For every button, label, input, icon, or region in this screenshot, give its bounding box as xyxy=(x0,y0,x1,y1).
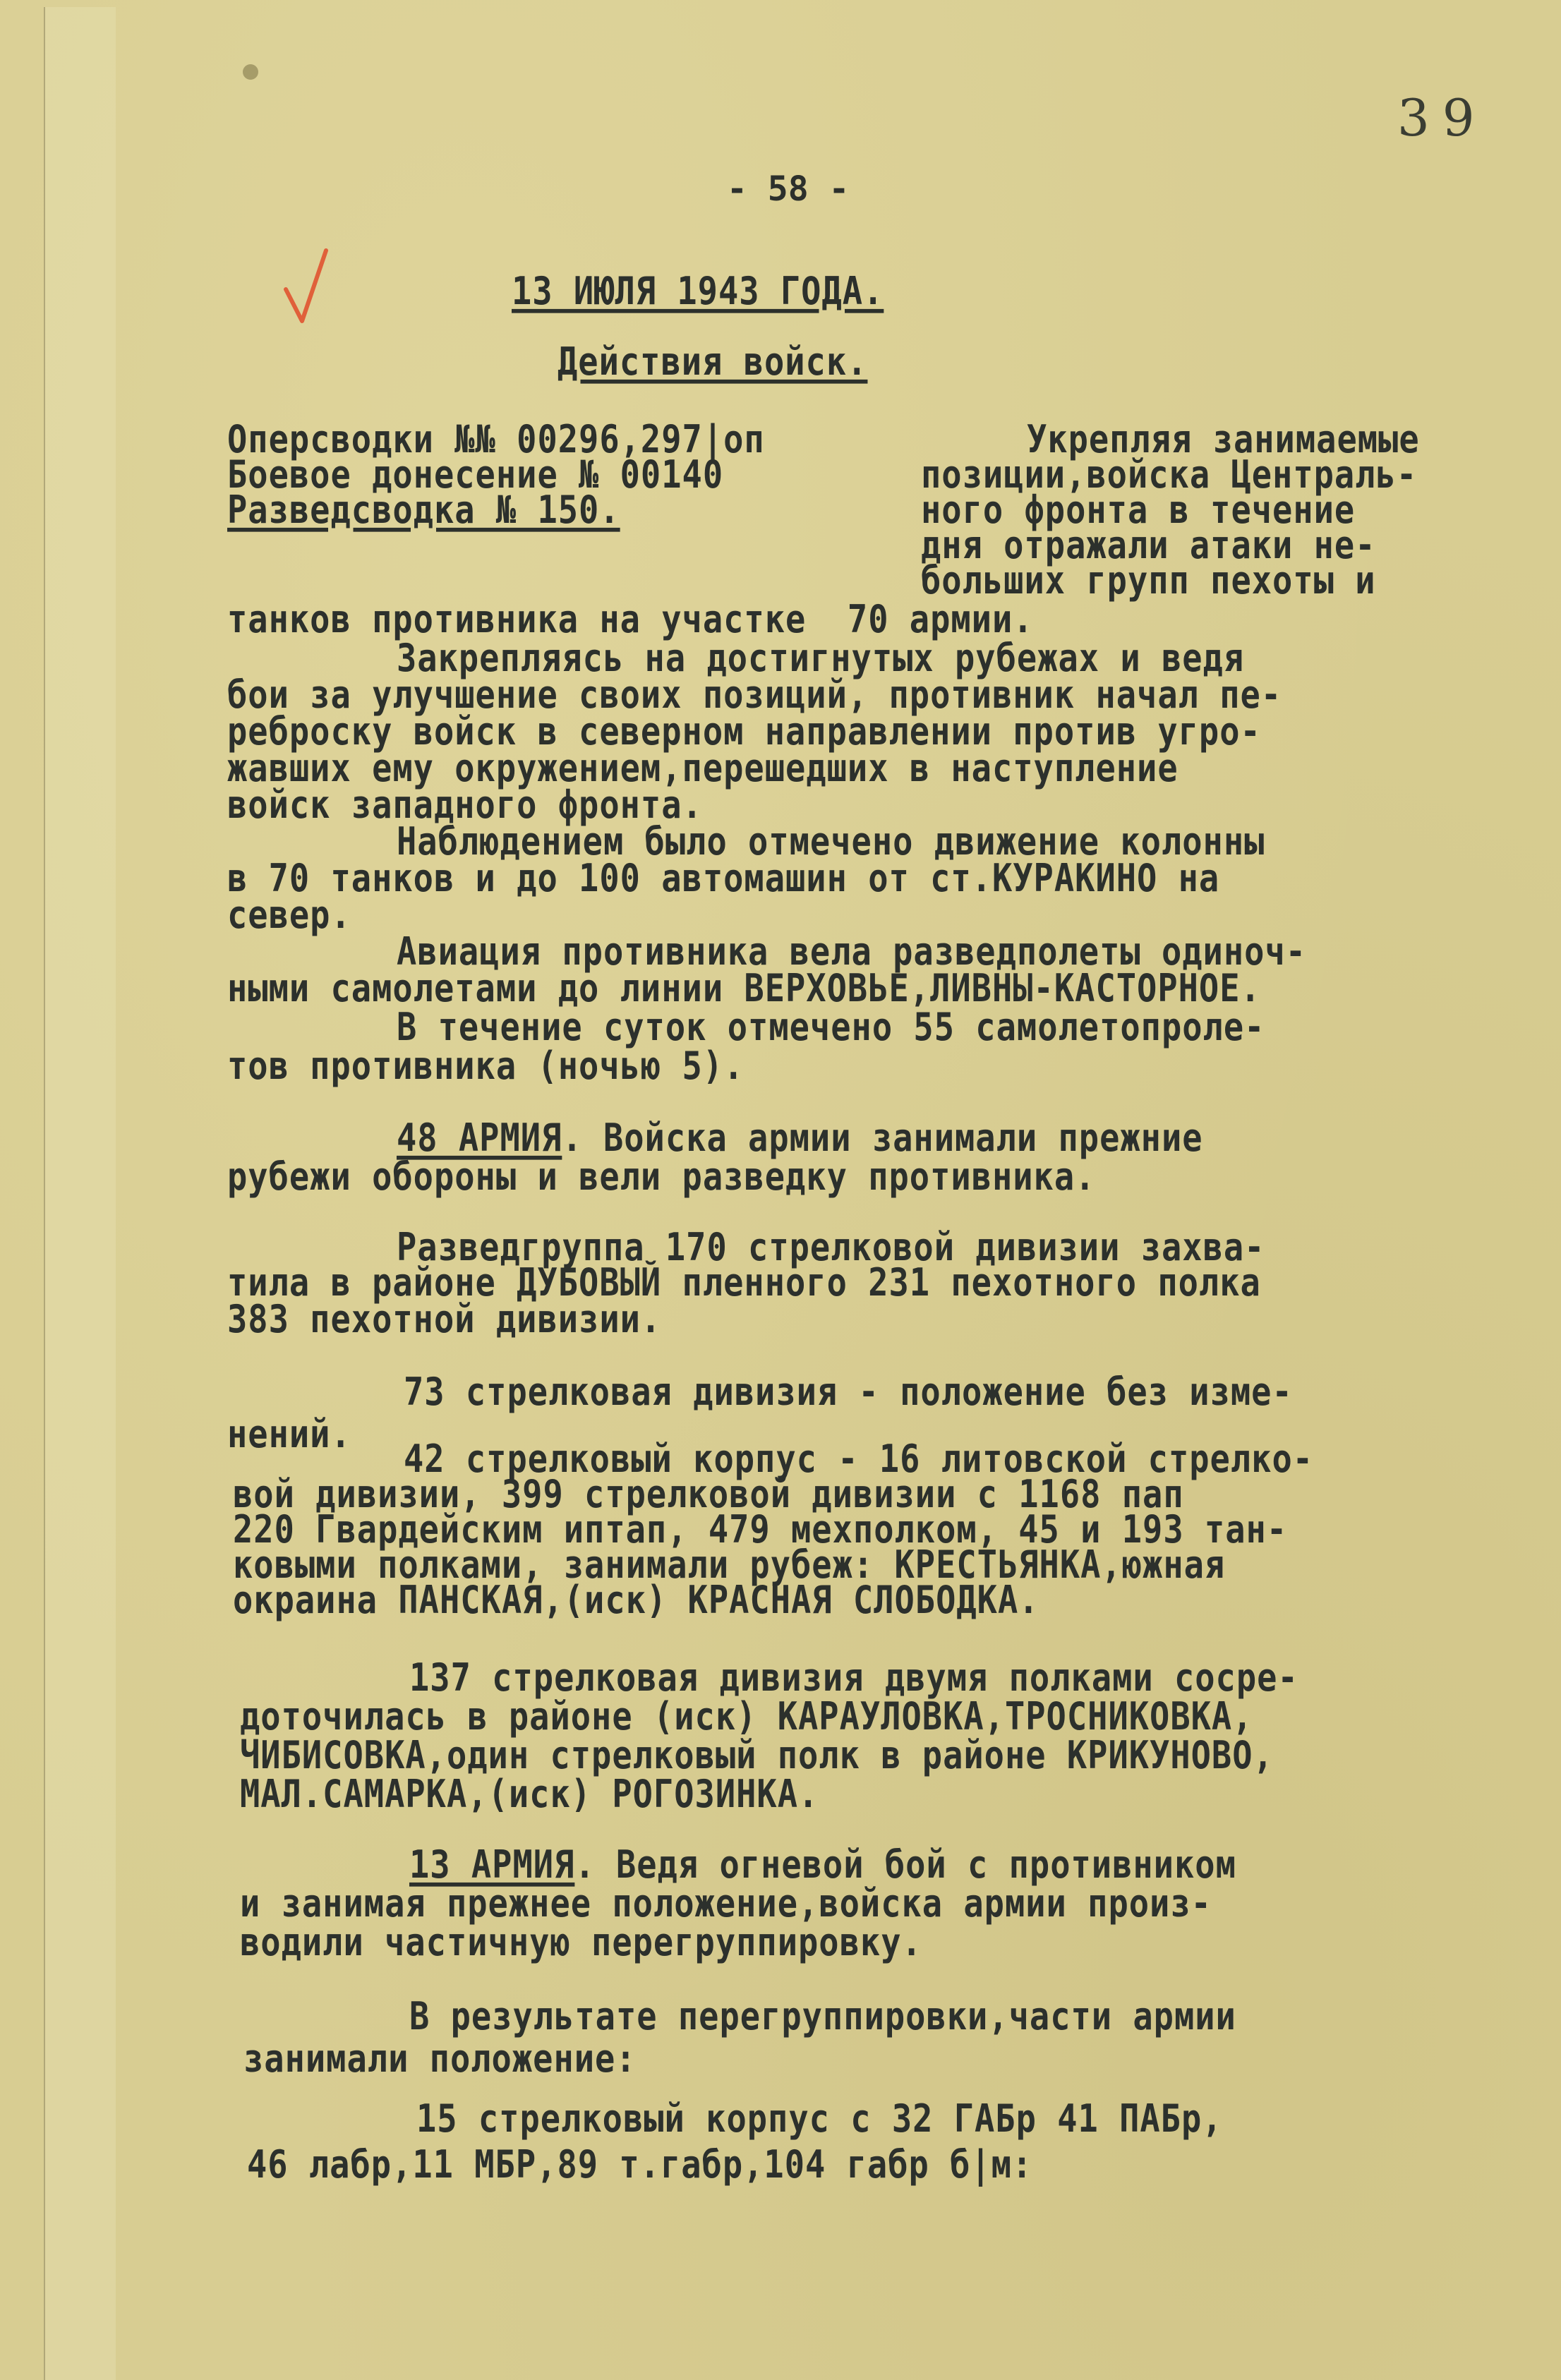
archive-page-number: 39 xyxy=(1397,88,1488,147)
section-heading: Действия войск. xyxy=(557,342,867,383)
date-heading: 13 ИЮЛЯ 1943 ГОДА. xyxy=(512,272,884,313)
army13-text: . Ведя огневой бой с противником xyxy=(574,1843,1236,1887)
paragraph-line: В течение суток отмечено 55 самолетопрол… xyxy=(397,1008,1265,1049)
paragraph-line: окраина ПАНСКАЯ,(иск) КРАСНАЯ СЛОБОДКА. xyxy=(233,1581,1039,1621)
intro-line: больших групп пехоты и xyxy=(921,561,1376,602)
paragraph-line: 15 стрелковый корпус с 32 ГАБр 41 ПАБр, xyxy=(416,2099,1223,2140)
paragraph-line: 137 стрелковая дивизия двумя полками сос… xyxy=(409,1658,1298,1699)
paragraph-line: в 70 танков и до 100 автомашин от ст.КУР… xyxy=(227,859,1219,900)
paragraph-line: В результате перегруппировки,части армии xyxy=(409,1997,1236,2038)
army48-label: 48 АРМИЯ xyxy=(397,1116,562,1161)
red-check-mark-icon xyxy=(282,247,332,325)
intro-continuation: танков противника на участке 70 армии. xyxy=(227,600,1034,641)
paragraph-line: тов противника (ночью 5). xyxy=(227,1046,744,1087)
army13-paragraph-first-line: 13 АРМИЯ. Ведя огневой бой с противником xyxy=(409,1845,1236,1886)
paragraph-line: МАЛ.САМАРКА,(иск) РОГОЗИНКА. xyxy=(240,1775,819,1816)
paper-margin-strip xyxy=(44,7,116,2380)
paragraph-line: 383 пехотной дивизии. xyxy=(227,1300,661,1341)
paragraph-line: 46 лабр,11 МБР,89 т.габр,104 габр б|м: xyxy=(247,2145,1032,2186)
paragraph-line: рубежи обороны и вели разведку противник… xyxy=(227,1157,1095,1198)
paragraph-line: нений. xyxy=(227,1415,351,1456)
paragraph-line: занимали положение: xyxy=(243,2039,637,2080)
paragraph-line: север. xyxy=(227,895,351,936)
paragraph-line: ными самолетами до линии ВЕРХОВЬЕ,ЛИВНЫ-… xyxy=(227,969,1261,1010)
paragraph-line: 73 стрелковая дивизия - положение без из… xyxy=(404,1372,1293,1413)
army48-paragraph-first-line: 48 АРМИЯ. Войска армии занимали прежние xyxy=(397,1118,1203,1159)
army48-text: . Войска армии занимали прежние xyxy=(562,1116,1203,1161)
paragraph-line: ЧИБИСОВКА,один стрелковый полк в районе … xyxy=(240,1736,1274,1777)
paragraph-line: водили частичную перегруппировку. xyxy=(240,1923,922,1964)
paragraph-line: и занимая прежнее положение,войска армии… xyxy=(240,1884,1212,1925)
page-number: - 58 - xyxy=(727,169,849,209)
paragraph-line: доточилась в районе (иск) КАРАУЛОВКА,ТРО… xyxy=(240,1697,1253,1738)
source-razvedsvodka: Разведсводка № 150. xyxy=(227,490,620,531)
punch-hole xyxy=(243,64,258,80)
army13-label: 13 АРМИЯ xyxy=(409,1843,574,1887)
